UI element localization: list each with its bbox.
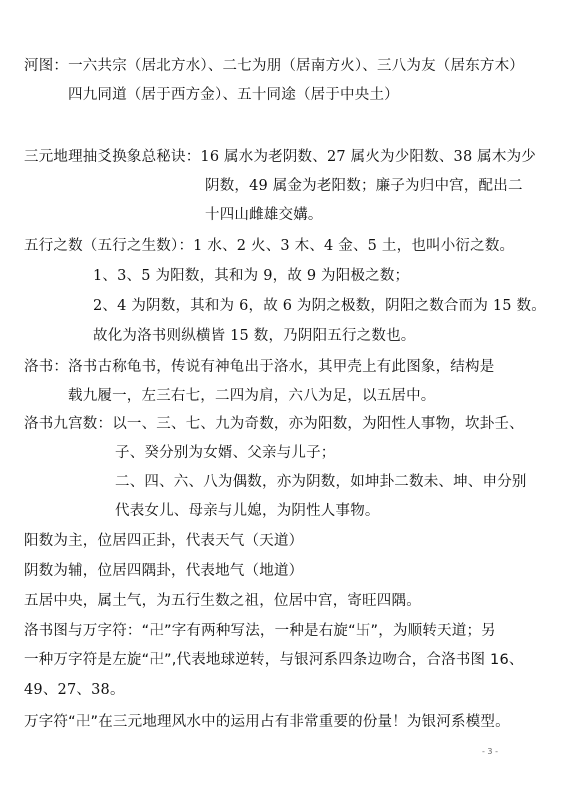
swastika-line-3: 49、27、38。 bbox=[24, 680, 125, 700]
nine-palaces-line-3: 二、四、六、八为偶数，亦为阴数，如坤卦二数未、坤、申分别 bbox=[115, 472, 527, 492]
five-elements-line-4: 故化为洛书则纵横皆 15 数，乃阴阳五行之数也。 bbox=[93, 326, 415, 346]
secret-formula-line-2: 阴数，49 属金为老阳数；廉子为归中宫，配出二 bbox=[205, 176, 523, 196]
five-elements-line-1: 五行之数（五行之生数）：1 水、2 火、3 木、4 金、5 土，也叫小衍之数。 bbox=[24, 236, 514, 256]
five-elements-line-3: 2、4 为阴数，其和为 6，故 6 为阴之极数，阴阳之数合而为 15 数。 bbox=[93, 296, 546, 316]
hetu-line-2: 四九同道（居于西方金）、五十同途（居于中央土） bbox=[68, 85, 399, 105]
nine-palaces-line-4: 代表女儿、母亲与儿媳，为阴性人事物。 bbox=[115, 501, 380, 521]
swastika-line-1: 洛书图与万字符：“卍”字有两种写法，一种是右旋“卐”，为顺转天道；另 bbox=[24, 621, 496, 641]
document-page: 河图：一六共宗（居北方水）、二七为朋（居南方火）、三八为友（居东方木） 四九同道… bbox=[0, 0, 564, 800]
right-swastika-icon: 卐 bbox=[356, 623, 371, 639]
swastika-text-b: ”字有两种写法，一种是右旋“ bbox=[164, 623, 356, 639]
left-swastika-icon: 卍 bbox=[149, 652, 164, 668]
luoshu-line-1: 洛书：洛书古称龟书，传说有神龟出于洛水，其甲壳上有此图象，结构是 bbox=[24, 357, 494, 377]
nine-palaces-line-2: 子、癸分别为女婿、父亲与儿子； bbox=[115, 443, 336, 463]
nine-palaces-line-1: 洛书九宫数：以一、三、七、九为奇数，亦为阳数，为阳性人事物，坎卦壬、 bbox=[24, 414, 524, 434]
left-swastika-icon: 卍 bbox=[76, 714, 91, 730]
secret-formula-line-1: 三元地理抽爻换象总秘诀：16 属水为老阴数、27 属火为少阳数、38 属木为少 bbox=[24, 147, 536, 167]
hetu-line-1: 河图：一六共宗（居北方水）、二七为朋（居南方火）、三八为友（居东方木） bbox=[24, 56, 524, 76]
swastika-line-2: 一种万字符是左旋“卍”,代表地球逆转，与银河系四条边吻合，合洛书图 16、 bbox=[24, 650, 524, 670]
summary-text-b: ”在三元地理风水中的运用占有非常重要的份量！为银河系模型。 bbox=[91, 714, 510, 730]
five-elements-line-2: 1、3、5 为阳数，其和为 9，故 9 为阳极之数； bbox=[93, 266, 409, 286]
yin-numbers-line: 阴数为辅，位居四隅卦，代表地气（地道） bbox=[24, 561, 303, 581]
swastika-text-a: 一种万字符是左旋“ bbox=[24, 652, 149, 668]
five-center-line: 五居中央，属土气，为五行生数之祖，位居中宫，寄旺四隅。 bbox=[24, 591, 421, 611]
summary-text-a: 万字符“ bbox=[24, 714, 76, 730]
swastika-summary-line: 万字符“卍”在三元地理风水中的运用占有非常重要的份量！为银河系模型。 bbox=[24, 712, 510, 732]
swastika-text-c: ”，为顺转天道；另 bbox=[371, 623, 496, 639]
luoshu-line-2: 载九履一，左三右七，二四为肩，六八为足，以五居中。 bbox=[68, 386, 436, 406]
secret-formula-line-3: 十四山雌雄交媾。 bbox=[205, 205, 323, 225]
swastika-text-a: 洛书图与万字符：“ bbox=[24, 623, 149, 639]
left-swastika-icon: 卍 bbox=[149, 623, 164, 639]
page-number: - 3 - bbox=[482, 747, 498, 756]
yang-numbers-line: 阳数为主，位居四正卦，代表天气（天道） bbox=[24, 531, 303, 551]
swastika-text-b: ”,代表地球逆转，与银河系四条边吻合，合洛书图 16、 bbox=[164, 652, 524, 668]
